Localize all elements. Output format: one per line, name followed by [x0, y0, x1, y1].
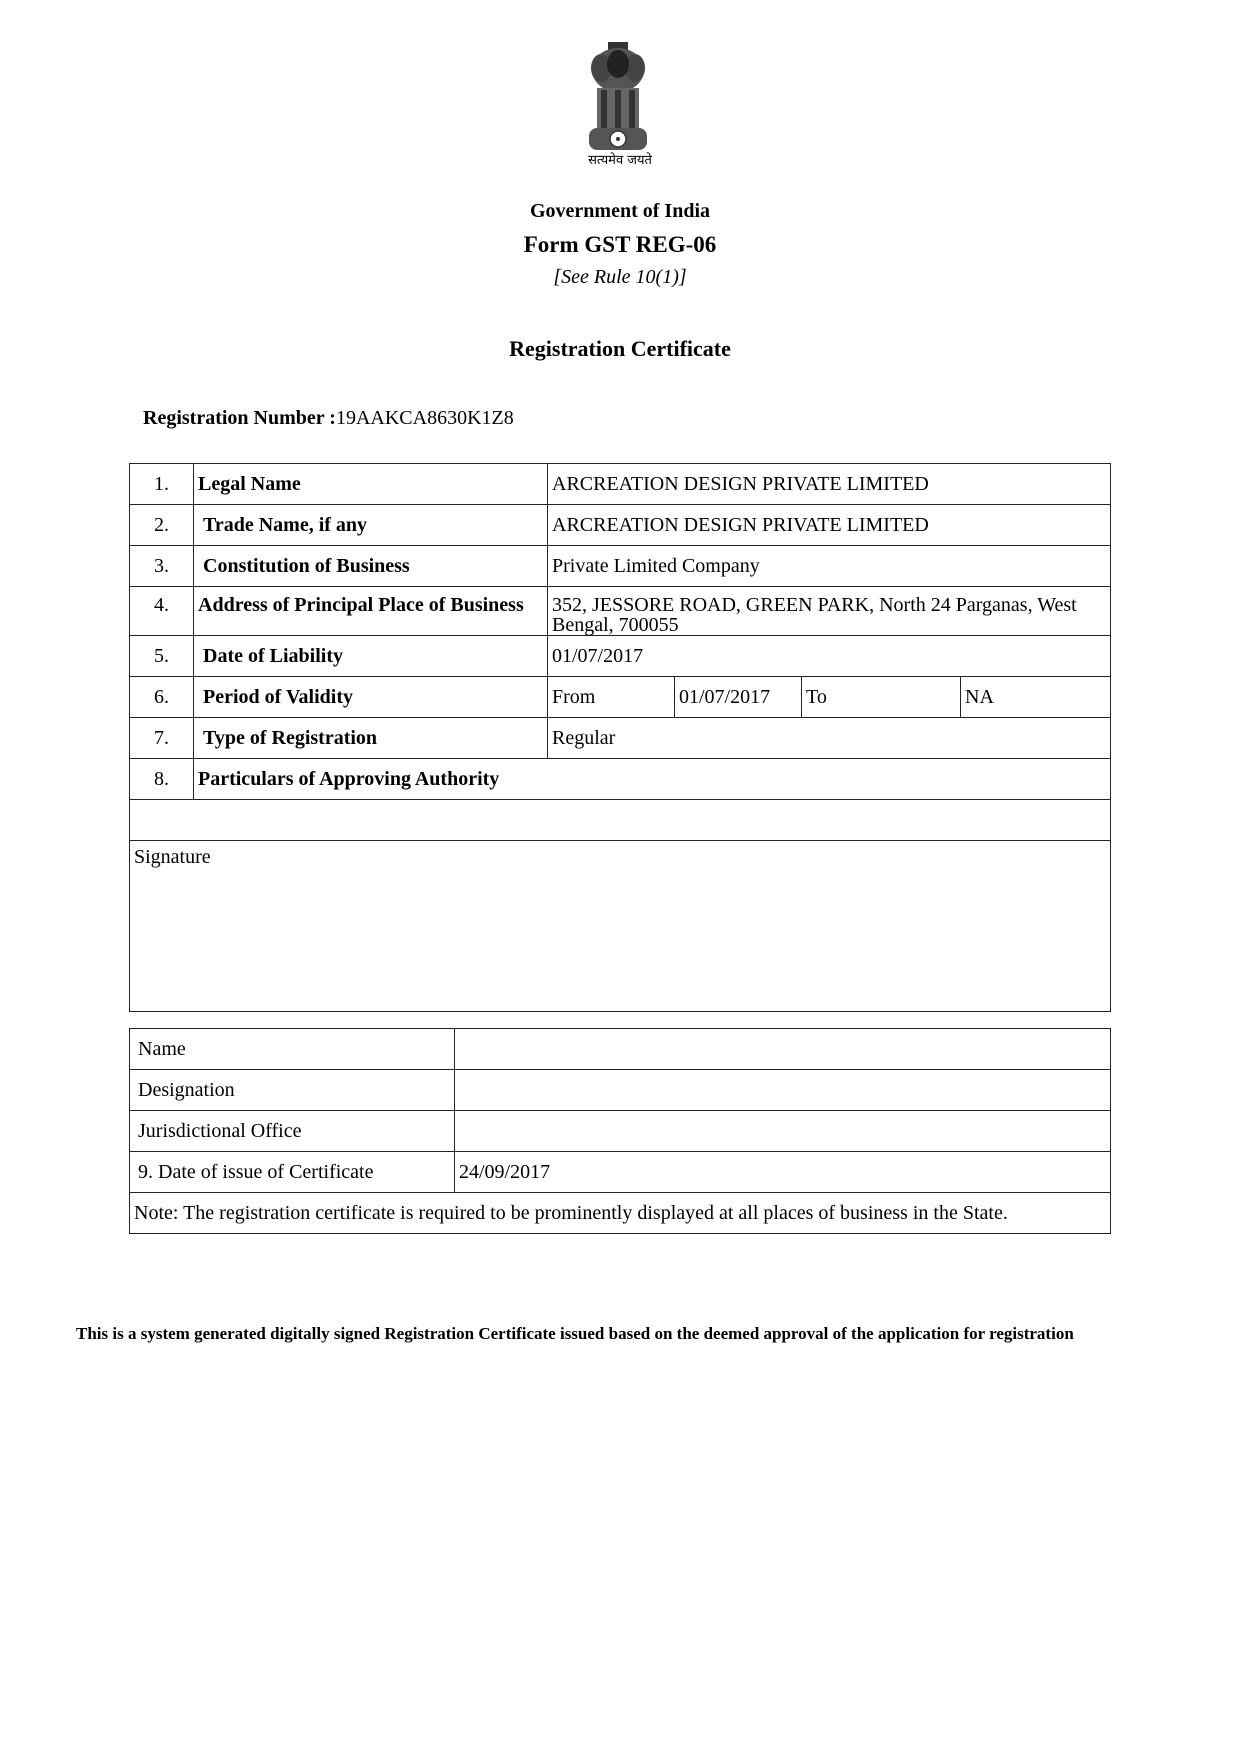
row-value: Private Limited Company	[548, 546, 1111, 587]
authority-value	[455, 1070, 1111, 1111]
table-row: 4. Address of Principal Place of Busines…	[130, 587, 1111, 636]
registration-number-value: 19AAKCA8630K1Z8	[336, 407, 514, 429]
registration-number-label: Registration Number :	[143, 407, 336, 429]
row-value: ARCREATION DESIGN PRIVATE LIMITED	[548, 505, 1111, 546]
validity-to-value: NA	[961, 677, 1111, 718]
row-label: Trade Name, if any	[194, 505, 548, 546]
form-title: Form GST REG-06	[0, 232, 1240, 258]
signature-label: Signature	[130, 841, 1111, 1012]
row-number: 7.	[130, 718, 194, 759]
row-number: 1.	[130, 464, 194, 505]
authority-row: Designation	[130, 1070, 1111, 1111]
row-label: Address of Principal Place of Business	[194, 587, 548, 636]
authority-label: Jurisdictional Office	[130, 1111, 455, 1152]
row-value: ARCREATION DESIGN PRIVATE LIMITED	[548, 464, 1111, 505]
row-number: 3.	[130, 546, 194, 587]
validity-to-label: To	[802, 677, 961, 718]
row-number: 2.	[130, 505, 194, 546]
row-value: 01/07/2017	[548, 636, 1111, 677]
authority-row: Name	[130, 1029, 1111, 1070]
table-row: 1. Legal Name ARCREATION DESIGN PRIVATE …	[130, 464, 1111, 505]
authority-label: Name	[130, 1029, 455, 1070]
row-label: Period of Validity	[194, 677, 548, 718]
emblem-motto: सत्यमेव जयते	[565, 150, 675, 168]
authority-value	[455, 1029, 1111, 1070]
authority-value	[455, 1111, 1111, 1152]
table-row: 5. Date of Liability 01/07/2017	[130, 636, 1111, 677]
validity-from-value: 01/07/2017	[675, 677, 802, 718]
validity-from-label: From	[548, 677, 675, 718]
row-label: Legal Name	[194, 464, 548, 505]
row-value: 352, JESSORE ROAD, GREEN PARK, North 24 …	[548, 587, 1111, 636]
table-row: 7. Type of Registration Regular	[130, 718, 1111, 759]
authority-value: 24/09/2017	[455, 1152, 1111, 1193]
row-number: 6.	[130, 677, 194, 718]
authority-table: Name Designation Jurisdictional Office 9…	[129, 1028, 1111, 1234]
note-text: Note: The registration certificate is re…	[130, 1193, 1111, 1234]
row-label: Constitution of Business	[194, 546, 548, 587]
government-heading: Government of India	[0, 200, 1240, 223]
empty-cell	[130, 800, 1111, 841]
authority-row: 9. Date of issue of Certificate 24/09/20…	[130, 1152, 1111, 1193]
authority-row: Jurisdictional Office	[130, 1111, 1111, 1152]
authority-label: Designation	[130, 1070, 455, 1111]
table-row: 8. Particulars of Approving Authority	[130, 759, 1111, 800]
certificate-title: Registration Certificate	[0, 336, 1240, 362]
table-row-empty	[130, 800, 1111, 841]
note-row: Note: The registration certificate is re…	[130, 1193, 1111, 1234]
rule-reference: [See Rule 10(1)]	[0, 266, 1240, 289]
row-label: Date of Liability	[194, 636, 548, 677]
table-row: 6. Period of Validity From 01/07/2017 To…	[130, 677, 1111, 718]
row-number: 8.	[130, 759, 194, 800]
registration-number-line: Registration Number :19AAKCA8630K1Z8	[143, 407, 514, 430]
row-number: 5.	[130, 636, 194, 677]
row-value: Regular	[548, 718, 1111, 759]
row-number: 4.	[130, 587, 194, 636]
authority-label: 9. Date of issue of Certificate	[130, 1152, 455, 1193]
signature-row: Signature	[130, 841, 1111, 1012]
row-label: Type of Registration	[194, 718, 548, 759]
row-label: Particulars of Approving Authority	[194, 759, 1111, 800]
certificate-table: 1. Legal Name ARCREATION DESIGN PRIVATE …	[129, 463, 1111, 1012]
table-row: 2. Trade Name, if any ARCREATION DESIGN …	[130, 505, 1111, 546]
table-row: 3. Constitution of Business Private Limi…	[130, 546, 1111, 587]
footer-statement: This is a system generated digitally sig…	[76, 1320, 1096, 1348]
